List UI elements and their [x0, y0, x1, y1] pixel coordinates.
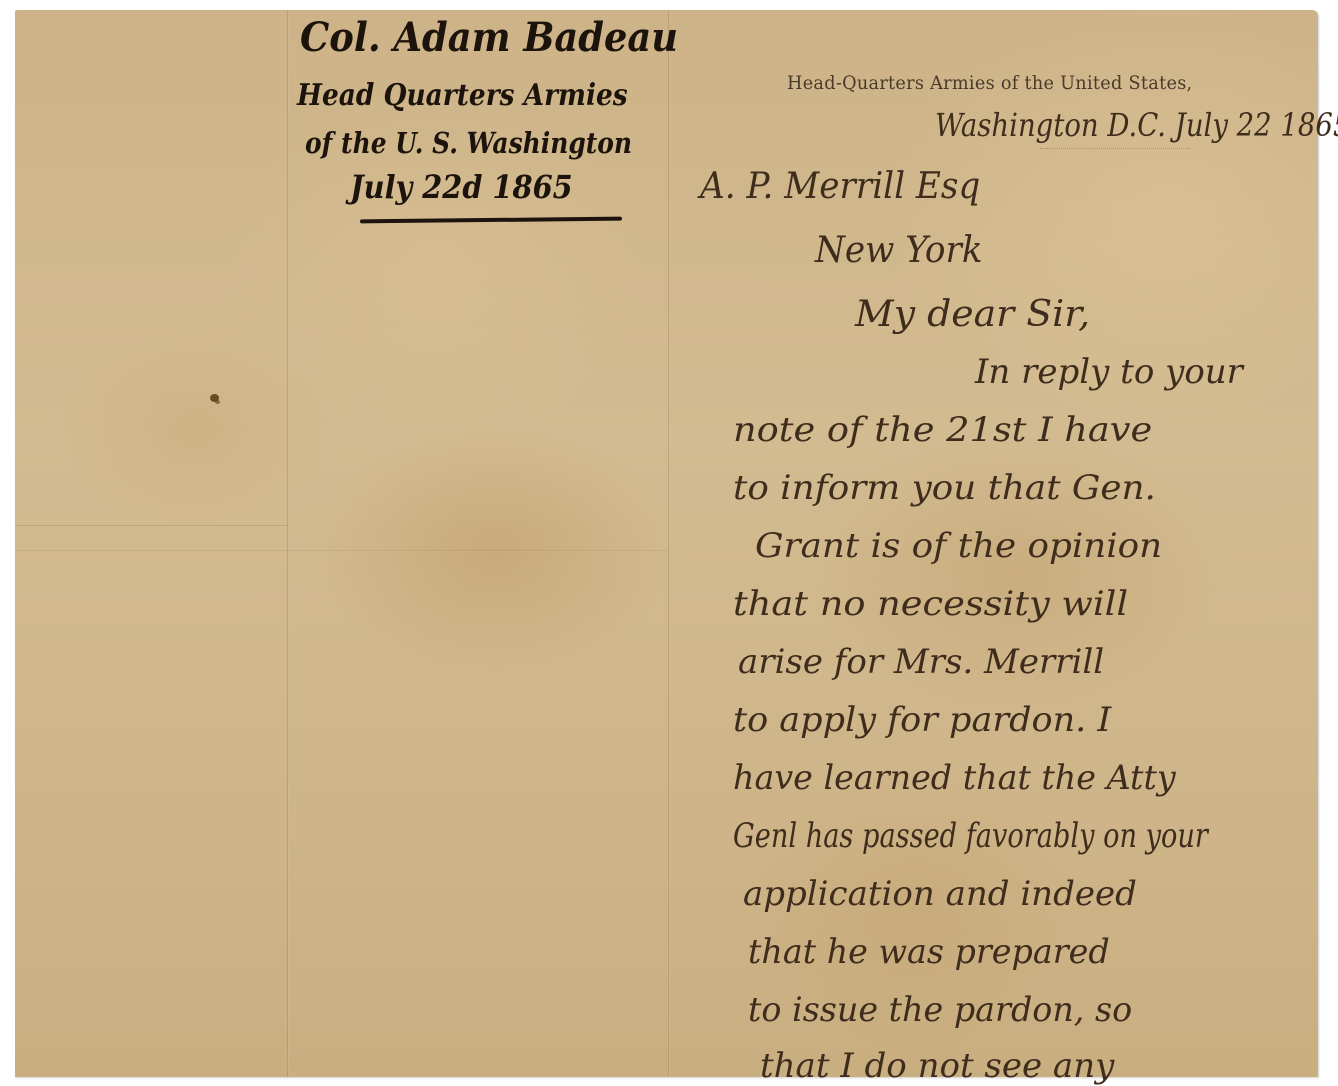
body-line: application and indeed [743, 874, 1137, 914]
docket-line: Head Quarters Armies [297, 78, 628, 113]
body-line: that no necessity will [733, 584, 1128, 624]
horizontal-crease [15, 550, 668, 552]
addressee-city: New York [815, 230, 983, 271]
salutation: My dear Sir, [855, 294, 1090, 335]
docket-line: July 22d 1865 [350, 168, 573, 206]
body-line: In reply to your [975, 352, 1243, 392]
horizontal-crease [15, 525, 287, 527]
body-line: Genl has passed favorably on your [733, 816, 1208, 856]
body-line: arise for Mrs. Merrill [738, 642, 1104, 682]
body-line: that I do not see any [760, 1046, 1114, 1080]
docket-line: of the U. S. Washington [305, 126, 632, 160]
body-line: to apply for pardon. I [733, 700, 1111, 740]
body-line: to issue the pardon, so [748, 990, 1132, 1030]
letterhead-place-date: Washington D.C. July 22 1865 [935, 106, 1338, 144]
vertical-fold-line [287, 10, 289, 1077]
letterhead-printed: Head-Quarters Armies of the United State… [787, 72, 1192, 94]
addressee-name: A. P. Merrill Esq [700, 166, 980, 207]
docket-line: Col. Adam Badeau [300, 14, 678, 61]
body-line: have learned that the Atty [733, 758, 1176, 798]
vertical-fold-line [668, 10, 670, 1077]
body-line: to inform you that Gen. [733, 468, 1156, 508]
ink-spot [215, 400, 220, 404]
body-line: note of the 21st I have [733, 410, 1152, 450]
body-line: that he was prepared [748, 932, 1110, 972]
body-line: Grant is of the opinion [755, 526, 1162, 566]
dotted-rule [1040, 148, 1190, 149]
